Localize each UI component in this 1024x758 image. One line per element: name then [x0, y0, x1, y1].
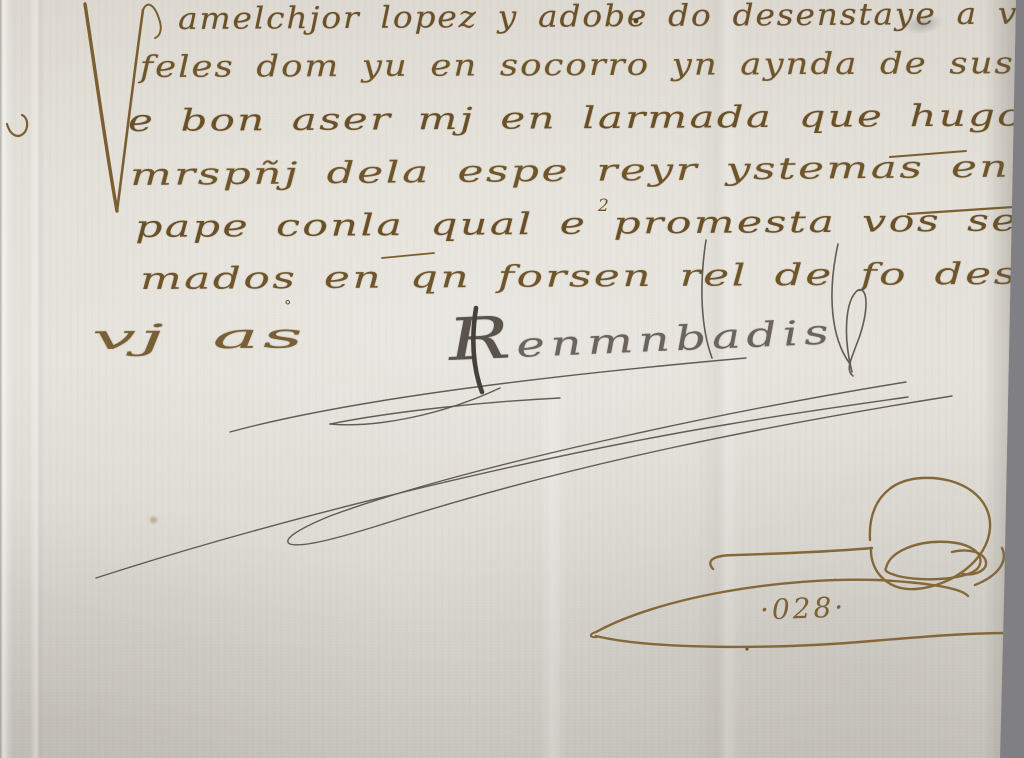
- manuscript-line-2: feles dom yu en socorro yn aynda de sus …: [140, 45, 1024, 85]
- abbreviation-subscript: 2: [598, 196, 609, 216]
- manuscript-line-7: vj as: [91, 316, 307, 358]
- signature-end-loop: [846, 290, 866, 376]
- paraph-inner-loop: [952, 550, 986, 574]
- ink-speck: [745, 647, 748, 650]
- paraph-outer-loop: [870, 478, 990, 589]
- paper-stain: [148, 515, 159, 525]
- signature-text: Renmnbadis: [445, 289, 836, 373]
- manuscript-line-5: pape conla qual e promesta vos seran to: [135, 202, 1024, 245]
- manuscript-line-6: mados en qn forsen rel de fo des Vdee: [140, 256, 1024, 297]
- paper-crease: [540, 380, 566, 758]
- manuscript-paper: amelchjor lopez y adobe do desenstaye a …: [0, 0, 1024, 758]
- manuscript-photo: amelchjor lopez y adobe do desenstaye a …: [0, 0, 1024, 758]
- paraph-inner-loop: [886, 542, 981, 580]
- rubric-hairpin-loop: [288, 382, 952, 545]
- rubric-long-diagonal: [96, 397, 908, 578]
- opening-letter-stroke: [85, 4, 117, 211]
- paper-left-edge: [0, 0, 12, 758]
- paraph-lens-bottom: [596, 633, 1008, 647]
- rubric-cross-stroke: [330, 388, 500, 425]
- abbreviation-macron: [382, 253, 434, 258]
- manuscript-line-1: amelchjor lopez y adobe do desenstaye a …: [178, 0, 1024, 37]
- manuscript-line-3: e bon aser mj en larmada que hugo al dec: [128, 97, 1024, 139]
- ring-diacritic-mark: °: [284, 297, 292, 315]
- paraph-lens-tip: [591, 632, 597, 637]
- opening-letter-curl: [143, 5, 161, 38]
- rubric-cross-stroke: [330, 398, 560, 424]
- paper-crease: [30, 0, 44, 758]
- manuscript-line-4: mrspñj dela espe reyr ystemas en rn de: [130, 148, 1024, 193]
